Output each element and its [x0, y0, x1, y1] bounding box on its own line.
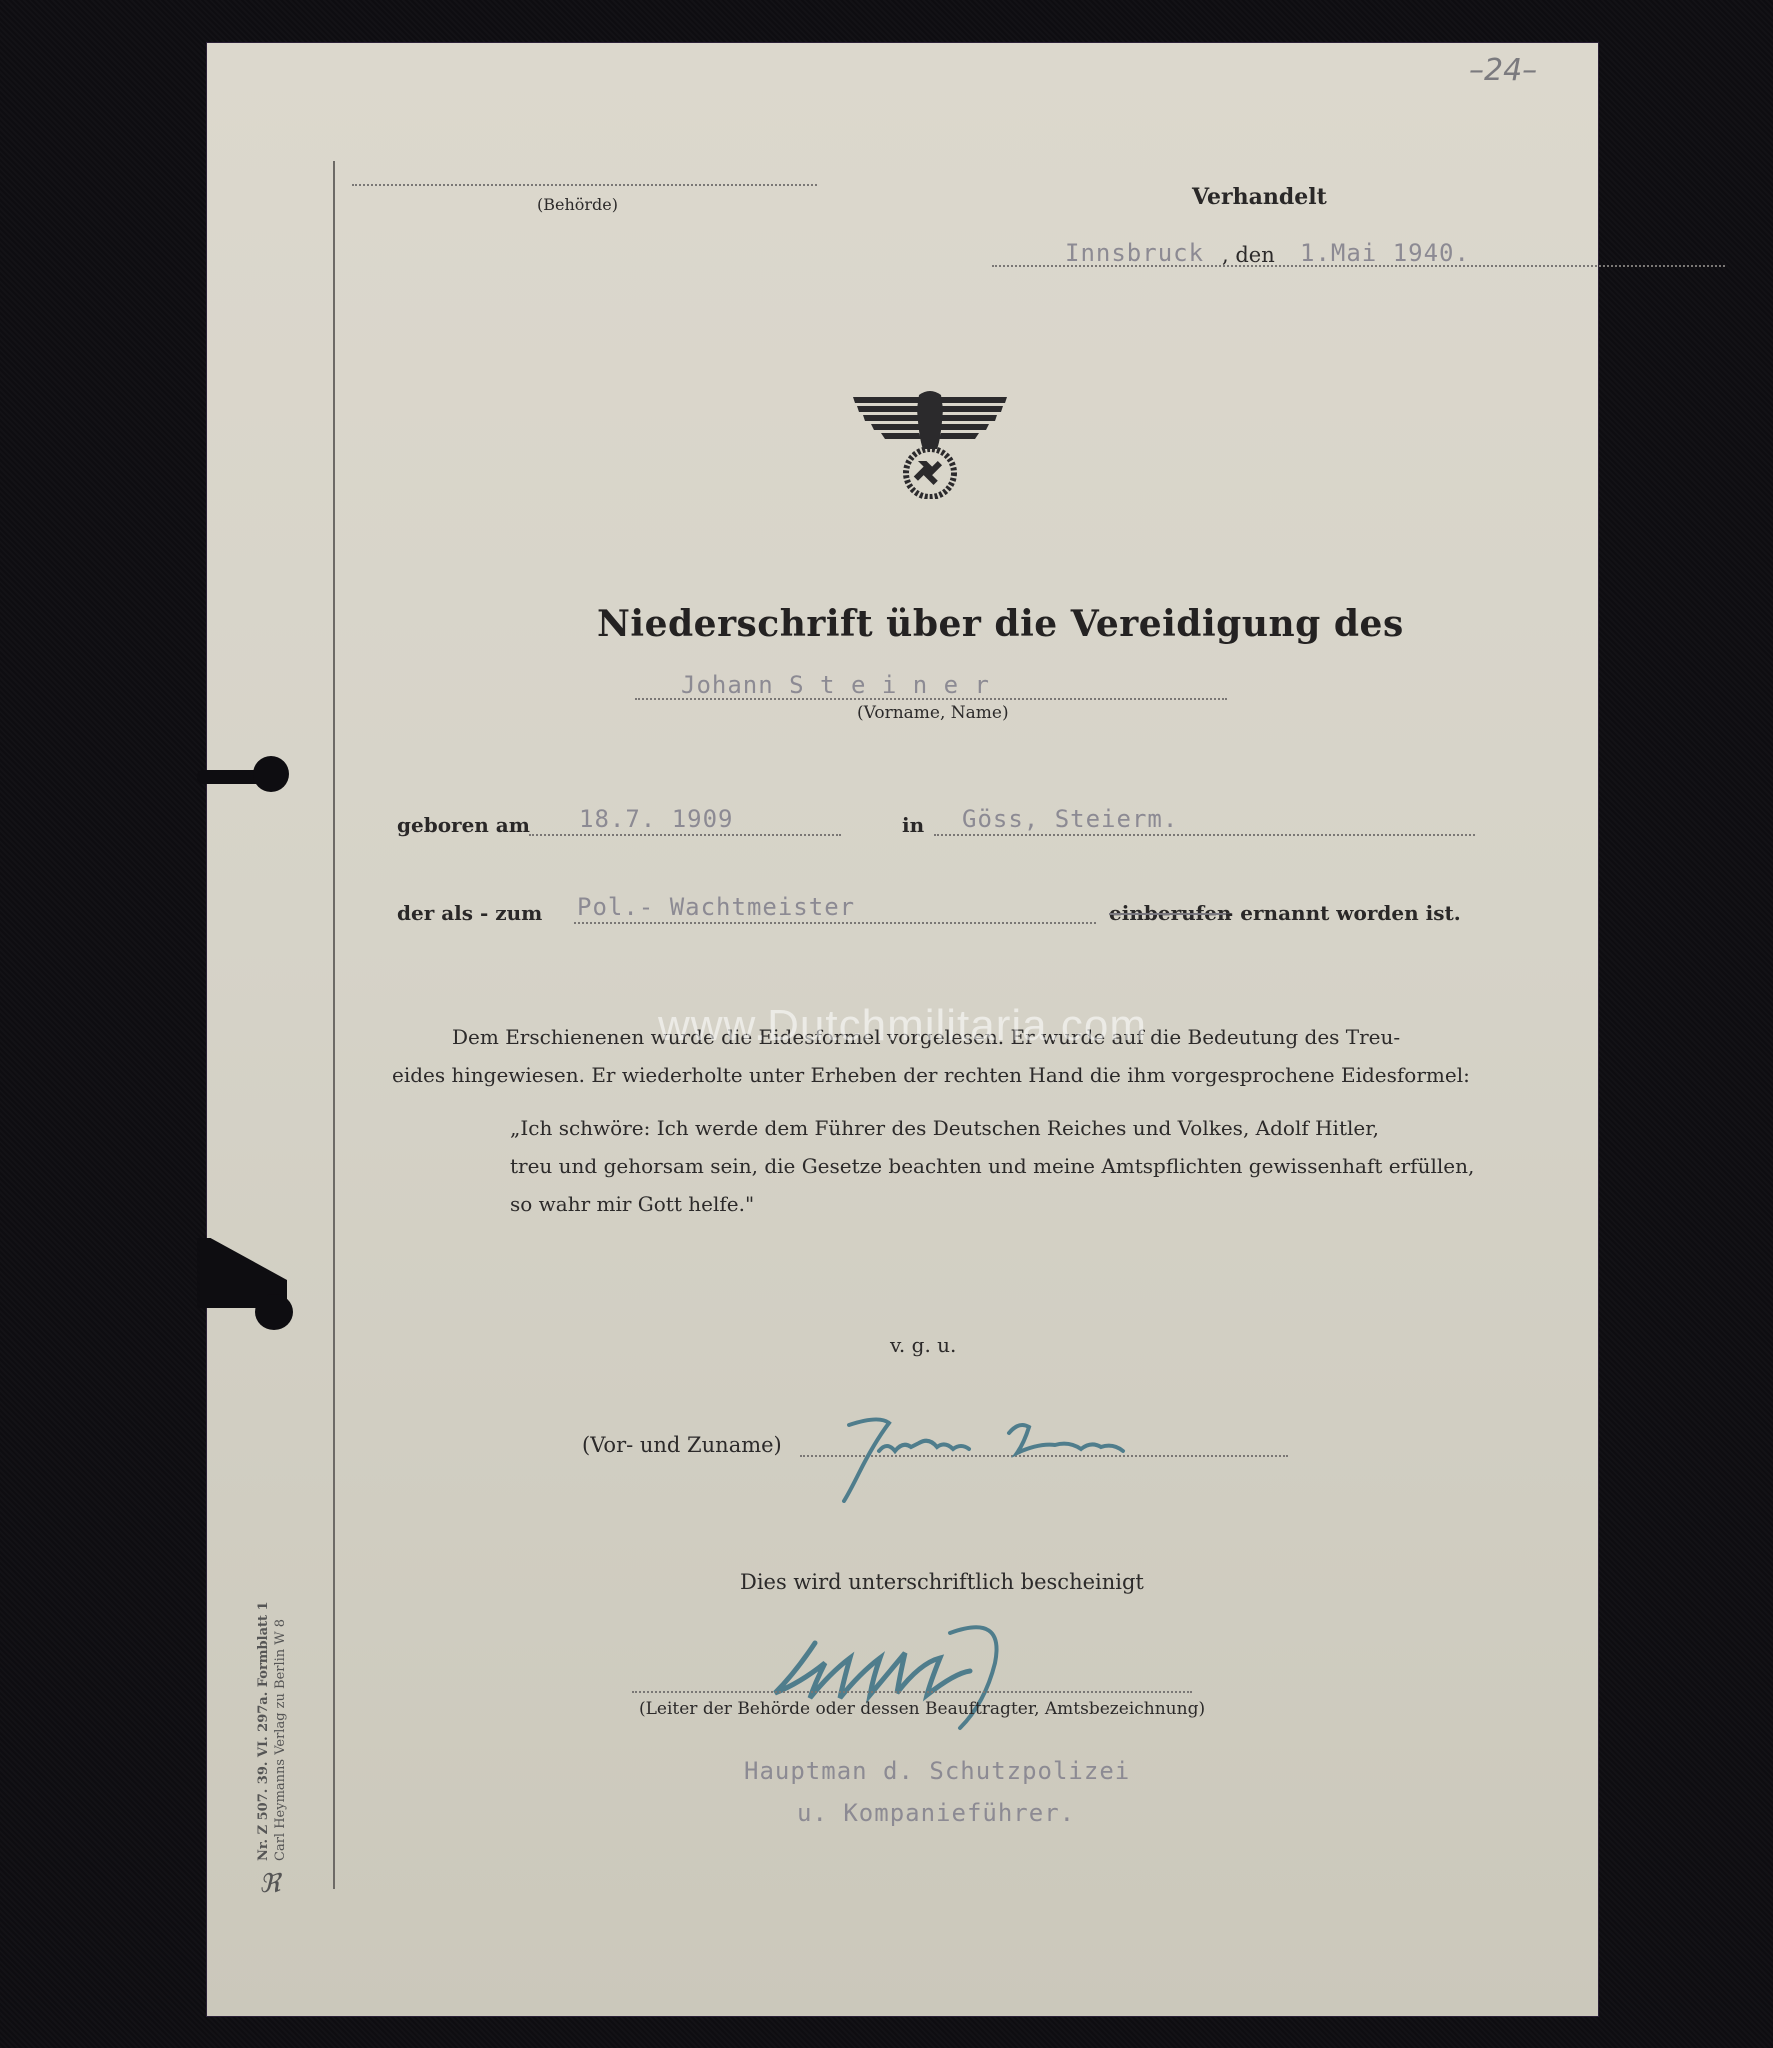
signee-signature	[819, 1413, 1179, 1503]
appointed-suffix: - ernannt worden ist.	[1225, 901, 1461, 925]
birth-place-line	[934, 834, 1475, 836]
page-number: –24–	[1469, 53, 1537, 88]
oath-quote-line-3: so wahr mir Gott helfe."	[510, 1185, 1500, 1223]
verhandelt-label: Verhandelt	[1192, 184, 1327, 210]
official-title-line-2: u. Kompanieführer.	[797, 1799, 1075, 1827]
appointed-struck-word: einberufen	[1109, 901, 1232, 925]
signee-label: (Vor- und Zuname)	[582, 1433, 782, 1457]
den-label: , den	[1222, 243, 1275, 267]
rank-line	[574, 922, 1096, 924]
official-title-line-1: Hauptman d. Schutzpolizei	[744, 1757, 1130, 1785]
form-imprint-line-1: Nr. Z 507. 39. VI. 297a. Formblatt 1	[255, 1601, 272, 1861]
oath-quote-line-1: „Ich schwöre: Ich werde dem Führer des D…	[510, 1109, 1500, 1147]
authority-field-line	[352, 184, 817, 186]
official-signature	[755, 1603, 1045, 1748]
born-label: geboren am	[397, 813, 530, 837]
binding-hole	[255, 1294, 293, 1330]
name-caption: (Vorname, Name)	[857, 703, 1009, 723]
person-name-value: Johann S t e i n e r	[681, 671, 990, 699]
document-page: –24– (Behörde) Verhandelt Innsbruck , de…	[207, 43, 1598, 2016]
rank-value: Pol.- Wachtmeister	[577, 893, 855, 921]
publisher-monogram-icon: ℜ	[259, 1869, 280, 1899]
place-value: Innsbruck	[1065, 239, 1204, 267]
oath-paragraph-line-2: eides hingewiesen. Er wiederholte unter …	[392, 1056, 1492, 1094]
official-caption: (Leiter der Behörde oder dessen Beauftra…	[639, 1699, 1205, 1719]
form-imprint: Nr. Z 507. 39. VI. 297a. Formblatt 1 Car…	[255, 1601, 289, 1861]
authority-label: (Behörde)	[537, 195, 618, 214]
date-value: 1.Mai 1940.	[1300, 239, 1470, 267]
vgu-abbreviation: v. g. u.	[890, 1333, 956, 1357]
birth-date-line	[529, 834, 841, 836]
in-label: in	[902, 813, 924, 837]
oath-quote-line-2: treu und gehorsam sein, die Gesetze beac…	[510, 1147, 1500, 1185]
birth-place-value: Göss, Steierm.	[962, 805, 1178, 833]
birth-date-value: 18.7. 1909	[579, 805, 734, 833]
watermark: www.Dutchmilitaria.com	[207, 1001, 1598, 1051]
certify-text: Dies wird unterschriftlich bescheinigt	[740, 1570, 1144, 1594]
binding-hole	[253, 756, 289, 792]
eagle-emblem-icon	[849, 389, 1011, 499]
document-title: Niederschrift über die Vereidigung des	[597, 603, 1404, 645]
appointed-prefix: der als - zum	[397, 901, 542, 925]
form-imprint-line-2: Carl Heymanns Verlag zu Berlin W 8	[272, 1601, 289, 1861]
official-signature-line	[632, 1691, 1192, 1693]
